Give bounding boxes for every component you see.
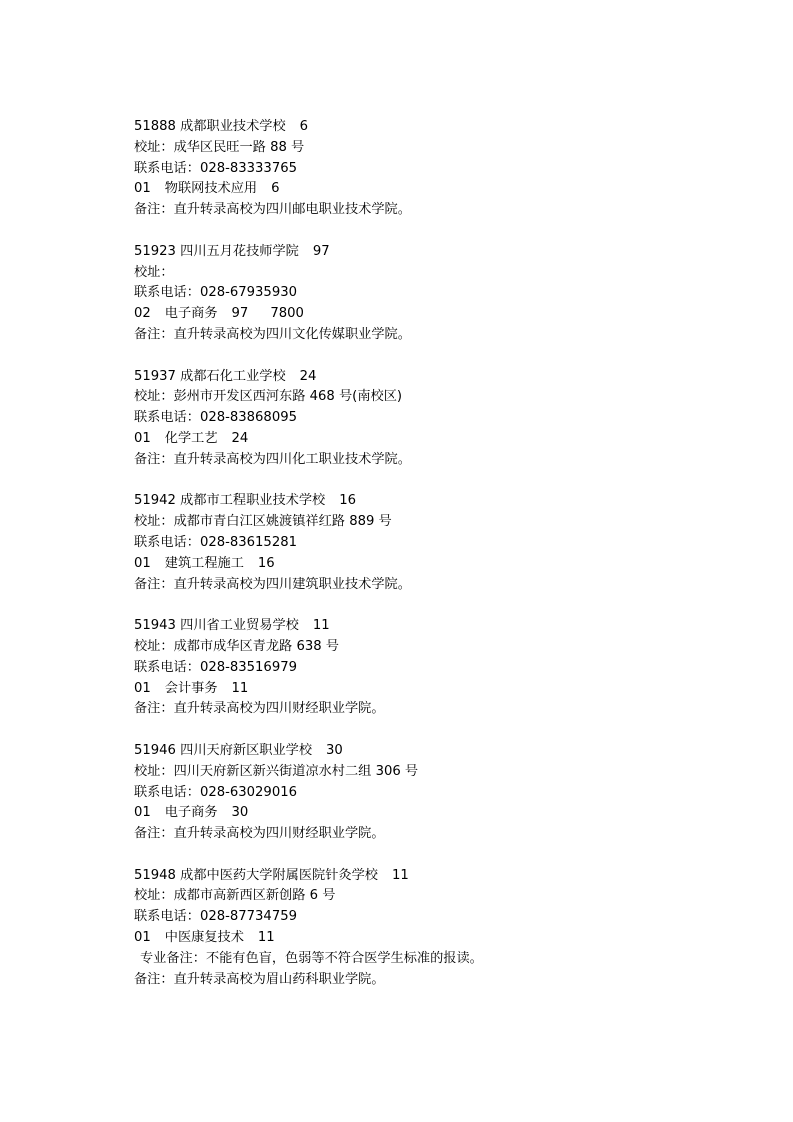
school-entry: 51948 成都中医药大学附属医院针灸学校11 校址：成都市高新西区新创路 6 … bbox=[134, 866, 754, 991]
major-quota: 6 bbox=[271, 181, 279, 196]
address-value: 彭州市开发区西河东路 468 号(南校区) bbox=[174, 389, 402, 404]
note-line: 备注：直升转录高校为四川邮电职业技术学院。 bbox=[134, 200, 754, 221]
major-code: 01 bbox=[134, 431, 151, 446]
school-heading: 51948 成都中医药大学附属医院针灸学校11 bbox=[134, 866, 754, 887]
note-value: 直升转录高校为四川财经职业学院。 bbox=[174, 826, 385, 841]
address-line: 校址：彭州市开发区西河东路 468 号(南校区) bbox=[134, 387, 754, 408]
note-label: 备注： bbox=[134, 577, 174, 592]
school-entry: 51888 成都职业技术学校6 校址：成华区民旺一路 88 号 联系电话：028… bbox=[134, 117, 754, 221]
school-quota: 97 bbox=[313, 244, 330, 259]
major-code: 02 bbox=[134, 306, 151, 321]
major-code: 01 bbox=[134, 805, 151, 820]
note-label: 备注： bbox=[134, 972, 174, 987]
note-label: 备注： bbox=[134, 452, 174, 467]
major-quota: 30 bbox=[232, 805, 249, 820]
note-label: 备注： bbox=[134, 826, 174, 841]
school-code: 51923 bbox=[134, 244, 176, 259]
note-label: 备注： bbox=[134, 701, 174, 716]
school-entry: 51943 四川省工业贸易学校11 校址：成都市成华区青龙路 638 号 联系电… bbox=[134, 616, 754, 720]
address-line: 校址：四川天府新区新兴街道凉水村二组 306 号 bbox=[134, 762, 754, 783]
note-line: 备注：直升转录高校为四川财经职业学院。 bbox=[134, 699, 754, 720]
address-value: 成都市成华区青龙路 638 号 bbox=[174, 639, 339, 654]
major-note-line: 专业备注：不能有色盲，色弱等不符合医学生标准的报读。 bbox=[134, 949, 754, 970]
note-line: 备注：直升转录高校为四川化工职业技术学院。 bbox=[134, 450, 754, 471]
note-value: 直升转录高校为四川化工职业技术学院。 bbox=[174, 452, 411, 467]
major-line: 01会计事务11 bbox=[134, 679, 754, 700]
school-name: 成都中医药大学附属医院针灸学校 bbox=[180, 868, 378, 883]
address-value: 四川天府新区新兴街道凉水村二组 306 号 bbox=[174, 764, 419, 779]
phone-label: 联系电话： bbox=[134, 285, 200, 300]
major-quota: 11 bbox=[232, 681, 249, 696]
school-quota: 30 bbox=[326, 743, 343, 758]
school-entry: 51937 成都石化工业学校24 校址：彭州市开发区西河东路 468 号(南校区… bbox=[134, 367, 754, 471]
school-entry: 51942 成都市工程职业技术学校16 校址：成都市青白江区姚渡镇祥红路 889… bbox=[134, 491, 754, 595]
major-quota: 24 bbox=[232, 431, 249, 446]
address-line: 校址： bbox=[134, 263, 754, 284]
school-code: 51888 bbox=[134, 119, 176, 134]
school-name: 四川五月花技师学院 bbox=[180, 244, 299, 259]
major-line: 01物联网技术应用6 bbox=[134, 179, 754, 200]
phone-label: 联系电话： bbox=[134, 161, 200, 176]
phone-value: 028-67935930 bbox=[200, 285, 297, 300]
phone-value: 028-87734759 bbox=[200, 909, 297, 924]
school-code: 51943 bbox=[134, 618, 176, 633]
major-line: 01电子商务30 bbox=[134, 803, 754, 824]
school-name: 四川天府新区职业学校 bbox=[180, 743, 312, 758]
phone-line: 联系电话：028-83615281 bbox=[134, 533, 754, 554]
address-value: 成都市高新西区新创路 6 号 bbox=[174, 888, 336, 903]
major-quota: 16 bbox=[258, 556, 275, 571]
address-label: 校址： bbox=[134, 639, 174, 654]
school-name: 成都市工程职业技术学校 bbox=[180, 493, 325, 508]
note-line: 备注：直升转录高校为四川建筑职业技术学院。 bbox=[134, 575, 754, 596]
phone-value: 028-83516979 bbox=[200, 660, 297, 675]
school-code: 51942 bbox=[134, 493, 176, 508]
note-label: 备注： bbox=[134, 202, 174, 217]
phone-value: 028-83615281 bbox=[200, 535, 297, 550]
school-quota: 11 bbox=[392, 868, 409, 883]
note-line: 备注：直升转录高校为四川文化传媒职业学院。 bbox=[134, 325, 754, 346]
major-name: 会计事务 bbox=[165, 681, 218, 696]
major-line: 01化学工艺24 bbox=[134, 429, 754, 450]
school-heading: 51946 四川天府新区职业学校30 bbox=[134, 741, 754, 762]
major-name: 中医康复技术 bbox=[165, 930, 244, 945]
address-label: 校址： bbox=[134, 140, 174, 155]
major-quota: 11 bbox=[258, 930, 275, 945]
address-line: 校址：成都市高新西区新创路 6 号 bbox=[134, 886, 754, 907]
phone-label: 联系电话： bbox=[134, 660, 200, 675]
address-label: 校址： bbox=[134, 764, 174, 779]
note-value: 直升转录高校为四川建筑职业技术学院。 bbox=[174, 577, 411, 592]
school-name: 四川省工业贸易学校 bbox=[180, 618, 299, 633]
address-label: 校址： bbox=[134, 389, 174, 404]
address-label: 校址： bbox=[134, 265, 174, 280]
major-name: 电子商务 bbox=[165, 306, 218, 321]
major-name: 化学工艺 bbox=[165, 431, 218, 446]
school-quota: 16 bbox=[339, 493, 356, 508]
school-heading: 51942 成都市工程职业技术学校16 bbox=[134, 491, 754, 512]
major-name: 建筑工程施工 bbox=[165, 556, 244, 571]
address-line: 校址：成都市青白江区姚渡镇祥红路 889 号 bbox=[134, 512, 754, 533]
school-quota: 24 bbox=[300, 369, 317, 384]
school-code: 51948 bbox=[134, 868, 176, 883]
phone-value: 028-83333765 bbox=[200, 161, 297, 176]
major-line: 01建筑工程施工16 bbox=[134, 554, 754, 575]
school-heading: 51943 四川省工业贸易学校11 bbox=[134, 616, 754, 637]
note-line: 备注：直升转录高校为眉山药科职业学院。 bbox=[134, 970, 754, 991]
phone-label: 联系电话： bbox=[134, 535, 200, 550]
major-code: 01 bbox=[134, 930, 151, 945]
address-value: 成华区民旺一路 88 号 bbox=[174, 140, 305, 155]
note-line: 备注：直升转录高校为四川财经职业学院。 bbox=[134, 824, 754, 845]
phone-label: 联系电话： bbox=[134, 909, 200, 924]
address-line: 校址：成都市成华区青龙路 638 号 bbox=[134, 637, 754, 658]
school-name: 成都职业技术学校 bbox=[180, 119, 286, 134]
major-fee: 7800 bbox=[270, 306, 304, 321]
phone-line: 联系电话：028-83868095 bbox=[134, 408, 754, 429]
phone-line: 联系电话：028-83516979 bbox=[134, 658, 754, 679]
major-quota: 97 bbox=[232, 306, 249, 321]
note-label: 备注： bbox=[134, 327, 174, 342]
school-code: 51937 bbox=[134, 369, 176, 384]
major-code: 01 bbox=[134, 181, 151, 196]
phone-line: 联系电话：028-87734759 bbox=[134, 907, 754, 928]
address-value: 成都市青白江区姚渡镇祥红路 889 号 bbox=[174, 514, 392, 529]
school-quota: 11 bbox=[313, 618, 330, 633]
note-value: 直升转录高校为四川邮电职业技术学院。 bbox=[174, 202, 411, 217]
school-code: 51946 bbox=[134, 743, 176, 758]
phone-value: 028-83868095 bbox=[200, 410, 297, 425]
address-label: 校址： bbox=[134, 888, 174, 903]
major-code: 01 bbox=[134, 681, 151, 696]
phone-label: 联系电话： bbox=[134, 410, 200, 425]
school-heading: 51937 成都石化工业学校24 bbox=[134, 367, 754, 388]
address-line: 校址：成华区民旺一路 88 号 bbox=[134, 138, 754, 159]
major-line: 01中医康复技术11 bbox=[134, 928, 754, 949]
major-code: 01 bbox=[134, 556, 151, 571]
major-name: 电子商务 bbox=[165, 805, 218, 820]
phone-line: 联系电话：028-63029016 bbox=[134, 783, 754, 804]
note-value: 直升转录高校为眉山药科职业学院。 bbox=[174, 972, 385, 987]
school-heading: 51923 四川五月花技师学院97 bbox=[134, 242, 754, 263]
school-entry: 51946 四川天府新区职业学校30 校址：四川天府新区新兴街道凉水村二组 30… bbox=[134, 741, 754, 845]
phone-line: 联系电话：028-83333765 bbox=[134, 159, 754, 180]
address-label: 校址： bbox=[134, 514, 174, 529]
major-note-value: 不能有色盲，色弱等不符合医学生标准的报读。 bbox=[206, 951, 483, 966]
school-quota: 6 bbox=[300, 119, 308, 134]
major-line: 02电子商务977800 bbox=[134, 304, 754, 325]
major-name: 物联网技术应用 bbox=[165, 181, 257, 196]
school-heading: 51888 成都职业技术学校6 bbox=[134, 117, 754, 138]
major-note-label: 专业备注： bbox=[140, 951, 206, 966]
document-page: 51888 成都职业技术学校6 校址：成华区民旺一路 88 号 联系电话：028… bbox=[134, 117, 754, 1011]
note-value: 直升转录高校为四川财经职业学院。 bbox=[174, 701, 385, 716]
school-name: 成都石化工业学校 bbox=[180, 369, 286, 384]
phone-label: 联系电话： bbox=[134, 785, 200, 800]
note-value: 直升转录高校为四川文化传媒职业学院。 bbox=[174, 327, 411, 342]
phone-line: 联系电话：028-67935930 bbox=[134, 283, 754, 304]
school-entry: 51923 四川五月花技师学院97 校址： 联系电话：028-67935930 … bbox=[134, 242, 754, 346]
phone-value: 028-63029016 bbox=[200, 785, 297, 800]
